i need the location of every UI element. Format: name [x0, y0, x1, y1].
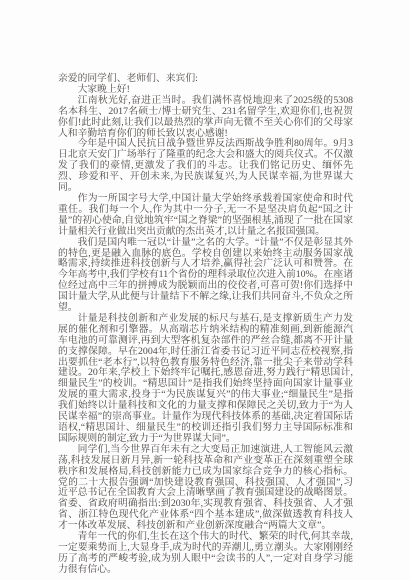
- paragraph-unique-metrology: 我们是国内唯一冠以“计量”之名的大学。“计量”不仅是彰显其外的特色,更是融入血脉…: [58, 238, 353, 314]
- paragraph-welcome: 江南秋光好,奋进正当时。我们满怀喜悦地迎来了2025级的5308名本科生、201…: [58, 96, 353, 140]
- paragraph-young-generation: 青年一代的你们,生长在这个伟大的时代、繁荣的时代,何其幸哉,一定要乘势而上,大显…: [58, 532, 353, 576]
- document-page: 亲爱的同学们、老师们、来宾们: 大家晚上好! 江南秋光好,奋进正当时。我们满怀喜…: [0, 0, 410, 580]
- paragraph-global-changes: 同学们,当今世界百年未有之大变局正加速演进,人工智能风云激荡,科技发展日新月异,…: [58, 445, 353, 532]
- paragraph-anniversary: 今年是中国人民抗日战争暨世界反法西斯战争胜利80周年。9月3日北京天安门广场举行…: [58, 139, 353, 194]
- paragraph-national-university: 作为一所国字号大学,中国计量大学始终承载着国家使命和时代重任。我们每一个人,作为…: [58, 194, 353, 238]
- paragraph-metrology-mission: 计量是科技创新和产业发展的标尺与基石,是支撑新质生产力发展的催化剂和引擎器。从高…: [58, 314, 353, 445]
